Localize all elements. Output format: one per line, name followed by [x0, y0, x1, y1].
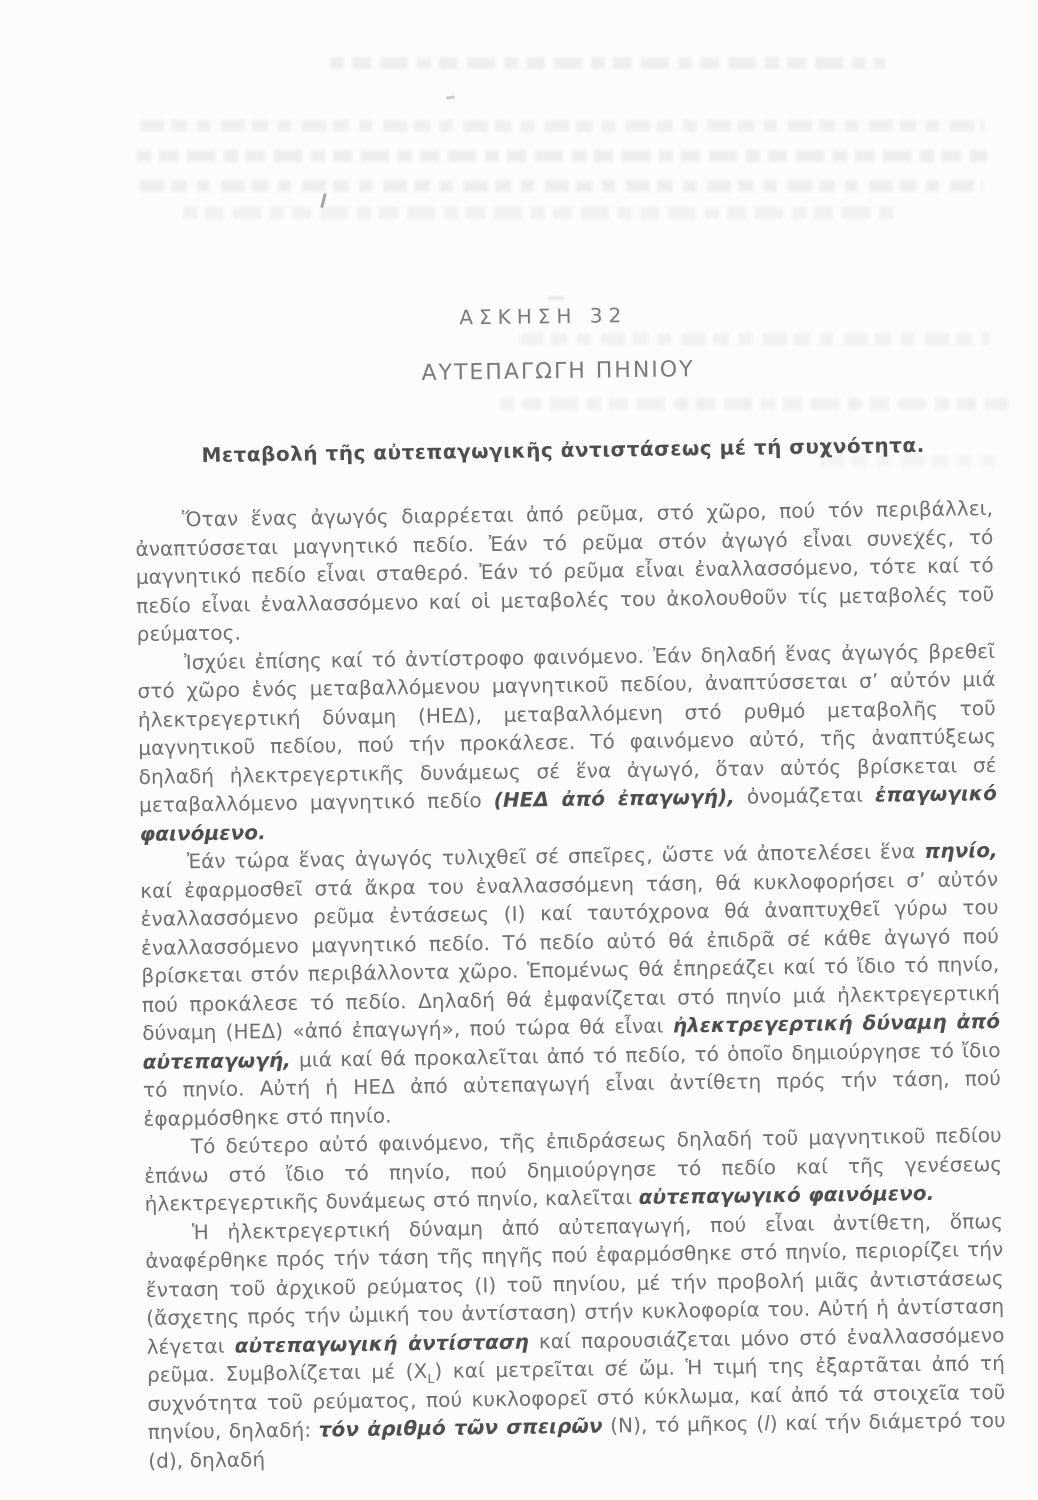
emphasis-run: πηνίο,	[924, 838, 998, 863]
paragraph: Ὅταν ἕνας ἀγωγός διαρρέεται ἀπό ρεῦμα, σ…	[135, 494, 995, 648]
emphasis-run: αὐτεπαγωγική ἀντίσταση	[235, 1329, 529, 1357]
emphasis-run: αὐτεπαγωγικό φαινόμενο.	[638, 1181, 934, 1209]
body-text: Ὅταν ἕνας ἀγωγός διαρρέεται ἀπό ρεῦμα, σ…	[135, 494, 1006, 1475]
paragraph: Τό δεύτερο αὐτό φαινόμενο, τῆς ἐπιδράσεω…	[144, 1121, 1003, 1218]
text-run: ὀνομάζεται	[735, 783, 875, 809]
ink-speck	[446, 95, 455, 99]
exercise-label: ΑΣΚΗΣΗ 32	[114, 300, 972, 332]
bleedthrough-line	[183, 207, 901, 219]
page-title: ΑΥΤΕΠΑΓΩΓΗ ΠΗΝΙΟΥ	[129, 354, 987, 390]
paragraph: Ἐάν τώρα ἕνας ἀγωγός τυλιχθεῖ σέ σπεῖρες…	[140, 836, 1002, 1133]
page-content: ΑΣΚΗΣΗ 32 ΑΥΤΕΠΑΓΩΓΗ ΠΗΝΙΟΥ Μεταβολή τῆς…	[132, 290, 1006, 1475]
pen-mark	[320, 193, 327, 208]
text-run: (Ν), τό μῆκος (	[602, 1411, 764, 1437]
bleedthrough-line	[140, 180, 983, 192]
paragraph: Ἰσχύει ἐπίσης καί τό ἀντίστροφο φαινόμεν…	[137, 636, 998, 847]
page-subtitle: Μεταβολή τῆς αὐτεπαγωγικῆς ἀντιστάσεως μ…	[134, 432, 992, 468]
bleedthrough-line	[137, 150, 987, 162]
scanned-page: ΑΣΚΗΣΗ 32 ΑΥΤΕΠΑΓΩΓΗ ΠΗΝΙΟΥ Μεταβολή τῆς…	[0, 0, 1038, 1500]
emphasis-run: (ΗΕΔ ἀπό ἐπαγωγή),	[493, 785, 735, 812]
emphasis-run: τόν ἀριθμό τῶν σπειρῶν	[319, 1414, 603, 1442]
text-run: Ὅταν ἕνας ἀγωγός διαρρέεται ἀπό ρεῦμα, σ…	[135, 496, 994, 646]
bleedthrough-line	[140, 120, 985, 132]
paragraph: Ἡ ἠλεκτρεγερτική δύναμη ἀπό αὐτεπαγωγή, …	[145, 1206, 1006, 1474]
bleedthrough-line	[330, 57, 885, 69]
